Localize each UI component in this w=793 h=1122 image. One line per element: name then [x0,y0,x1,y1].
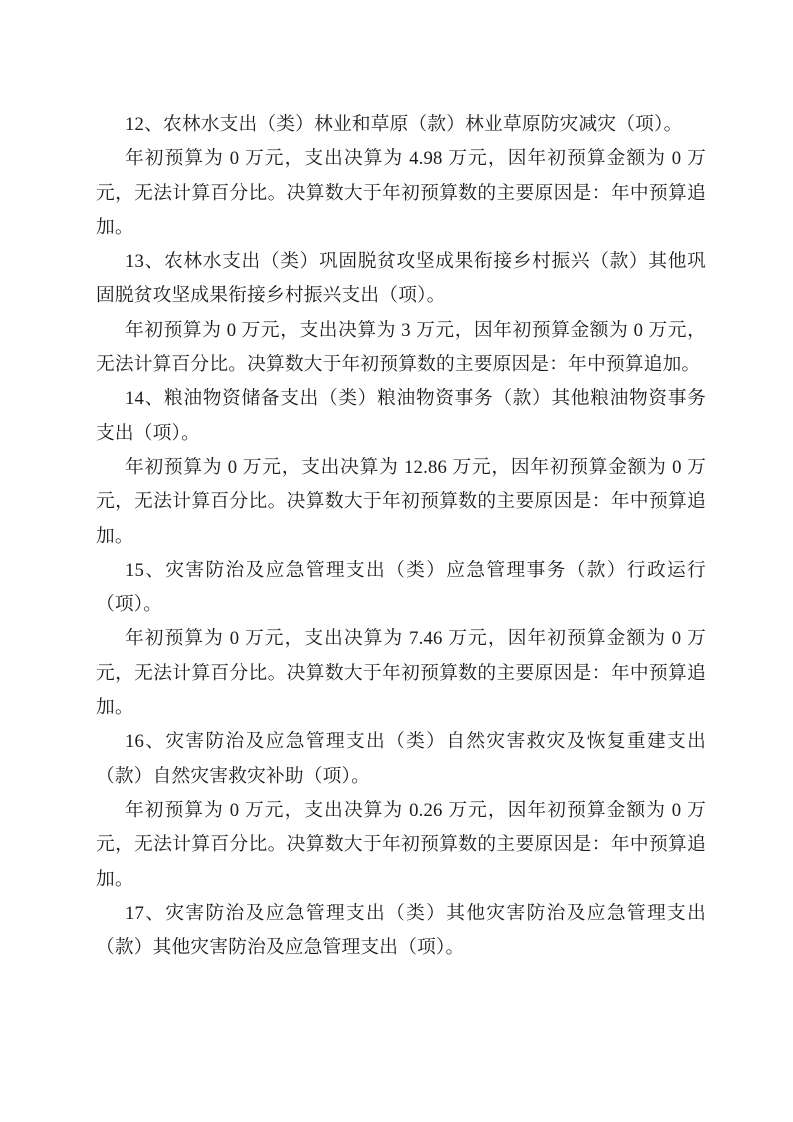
budget-item-15: 15、灾害防治及应急管理支出（类）应急管理事务（款）行政运行（项）。 年初预算为… [96,554,706,725]
item-body: 年初预算为 0 万元，支出决算为 0.26 万元，因年初预算金额为 0 万元，无… [96,794,706,897]
item-body: 年初预算为 0 万元，支出决算为 7.46 万元，因年初预算金额为 0 万元，无… [96,622,706,725]
item-body: 年初预算为 0 万元，支出决算为 4.98 万元，因年初预算金额为 0 万元，无… [96,142,706,245]
item-heading: 12、农林水支出（类）林业和草原（款）林业草原防灾减灾（项）。 [96,108,706,142]
item-heading: 15、灾害防治及应急管理支出（类）应急管理事务（款）行政运行（项）。 [96,554,706,623]
budget-item-14: 14、粮油物资储备支出（类）粮油物资事务（款）其他粮油物资事务支出（项）。 年初… [96,382,706,553]
item-heading: 14、粮油物资储备支出（类）粮油物资事务（款）其他粮油物资事务支出（项）。 [96,382,706,451]
item-heading: 13、农林水支出（类）巩固脱贫攻坚成果衔接乡村振兴（款）其他巩固脱贫攻坚成果衔接… [96,245,706,314]
document-page: 12、农林水支出（类）林业和草原（款）林业草原防灾减灾（项）。 年初预算为 0 … [0,0,793,1122]
budget-item-17: 17、灾害防治及应急管理支出（类）其他灾害防治及应急管理支出（款）其他灾害防治及… [96,897,706,966]
item-heading: 17、灾害防治及应急管理支出（类）其他灾害防治及应急管理支出（款）其他灾害防治及… [96,897,706,966]
document-content: 12、农林水支出（类）林业和草原（款）林业草原防灾减灾（项）。 年初预算为 0 … [96,108,706,965]
budget-item-16: 16、灾害防治及应急管理支出（类）自然灾害救灾及恢复重建支出（款）自然灾害救灾补… [96,725,706,896]
budget-item-12: 12、农林水支出（类）林业和草原（款）林业草原防灾减灾（项）。 年初预算为 0 … [96,108,706,245]
item-body: 年初预算为 0 万元，支出决算为 3 万元，因年初预算金额为 0 万元，无法计算… [96,314,706,383]
item-heading: 16、灾害防治及应急管理支出（类）自然灾害救灾及恢复重建支出（款）自然灾害救灾补… [96,725,706,794]
budget-item-13: 13、农林水支出（类）巩固脱贫攻坚成果衔接乡村振兴（款）其他巩固脱贫攻坚成果衔接… [96,245,706,382]
item-body: 年初预算为 0 万元，支出决算为 12.86 万元，因年初预算金额为 0 万元，… [96,451,706,554]
